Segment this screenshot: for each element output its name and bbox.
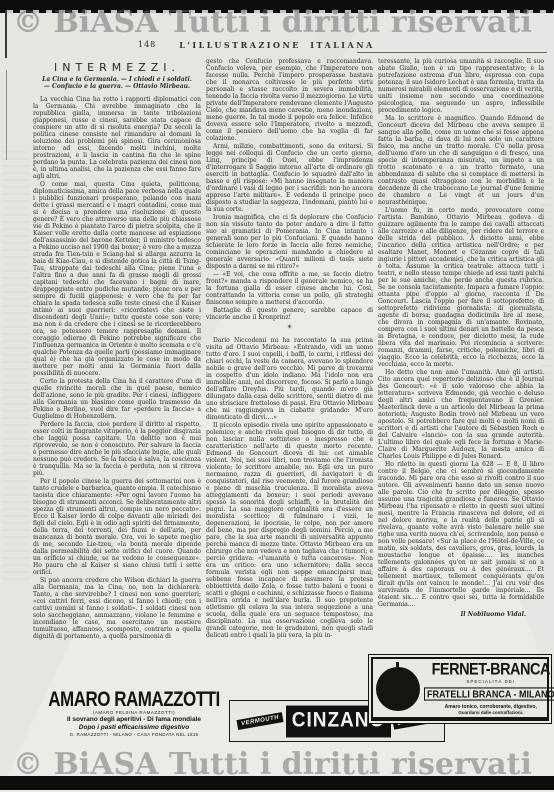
article-title: INTERMEZZI. <box>33 64 201 71</box>
ramazzotti-slogan: Il sovrano degli aperitivi - Di fama mon… <box>44 716 224 723</box>
article-paragraph: Ironia magnifica, che ci fa deplorare ch… <box>206 214 373 270</box>
article-paragraph: Ma lo scrittore è magnifico. Quando Edmo… <box>378 115 544 206</box>
scan-edge-artifact <box>5 10 7 58</box>
article-column-1: INTERMEZZI. La Cina e la Germania. — I c… <box>33 60 201 686</box>
watermark-top: © BiASA Tutti i diritti riservati <box>13 5 532 40</box>
masthead: L'ILLUSTRAZIONE ITALIANA <box>0 40 554 50</box>
article-column-2: gesto che Confucio professava e raccoman… <box>206 58 373 696</box>
article-paragraph: Dario Niccodemi mi ha raccontato la sua … <box>206 337 373 421</box>
fernet-globe-logo-icon <box>376 667 420 711</box>
fernet-warning-text: Guardarsi dalle contraffazioni. <box>424 710 554 715</box>
article-paragraph: Armi, milizie, combattimenti, sono da ev… <box>206 143 373 213</box>
ramazzotti-address: G. RAMAZZOTTI - MILANO - CASA FONDATA NE… <box>44 732 224 737</box>
fernet-brand-text: FERNET-BRANCA <box>424 661 554 679</box>
article-subtitle: La Cina e la Germania. — I chiodi e i so… <box>41 76 193 90</box>
article-signature: Il Nobiluomo Vidal. <box>378 611 544 618</box>
article-paragraph: Si può ancora credere che Wilson dichiar… <box>33 577 201 640</box>
article-paragraph: Ho detto che non amò l'umanità. Amò gli … <box>378 369 544 460</box>
article-paragraph: Ho riletto in questi giorni La 628 — E 8… <box>378 461 544 608</box>
article-paragraph: — «E voi, che cosa offrite a me, se facc… <box>206 271 373 306</box>
scan-edge-artifact <box>6 70 7 160</box>
article-paragraph: Battaglie di questo genere, sarebbe capa… <box>206 307 373 321</box>
ramazzotti-brand-text: AMARO RAMAZZOTTI <box>44 687 224 712</box>
article-paragraph: Certo la protesta della Cina ha il carat… <box>33 378 201 420</box>
bleedthrough-ghost <box>2 150 30 580</box>
scan-edge-band-bottom <box>0 776 554 790</box>
article-paragraph: teressante, la più curiosa umanità si ra… <box>378 58 544 114</box>
fernet-branca-ad: FERNET-BRANCA SPECIALITÀ DEI FRATELLI BR… <box>368 654 552 724</box>
fernet-inner-frame: FERNET-BRANCA SPECIALITÀ DEI FRATELLI BR… <box>371 657 549 721</box>
article-paragraph: Per il popolo cinese la guerra dei sotto… <box>33 478 201 576</box>
ramazzotti-ad: AMARO RAMAZZOTTI (AMARO FELSINA RAMAZZOT… <box>44 687 224 737</box>
article-column-3: teressante, la più curiosa umanità si ra… <box>378 58 544 652</box>
section-separator: * <box>206 324 373 334</box>
article-paragraph: gesto che Confucio professava e raccoman… <box>206 58 373 142</box>
scanned-magazine-page: © BiASA Tutti i diritti riservati 148 L'… <box>0 0 554 792</box>
article-paragraph: Perdere la faccia, cioè perdere il dirit… <box>33 421 201 477</box>
article-paragraph: O come mai, questa Cina quieta, politico… <box>33 181 201 377</box>
article-paragraph: La vecchia Cina ha rotto i rapporti dipl… <box>33 96 201 180</box>
vermouth-ribbon: VERMOUTH <box>237 712 284 730</box>
header-rule <box>357 52 547 53</box>
ramazzotti-slogan-2: Dopo i pasti efficacissimo digestivo <box>44 724 224 731</box>
fernet-fratelli-text: FRATELLI BRANCA - MILANO <box>424 687 554 700</box>
article-paragraph: L'uomo fu, in certo modo, provocatore co… <box>378 207 544 368</box>
article-paragraph: Il piccolo episodio rivela uno spirito a… <box>206 422 373 639</box>
